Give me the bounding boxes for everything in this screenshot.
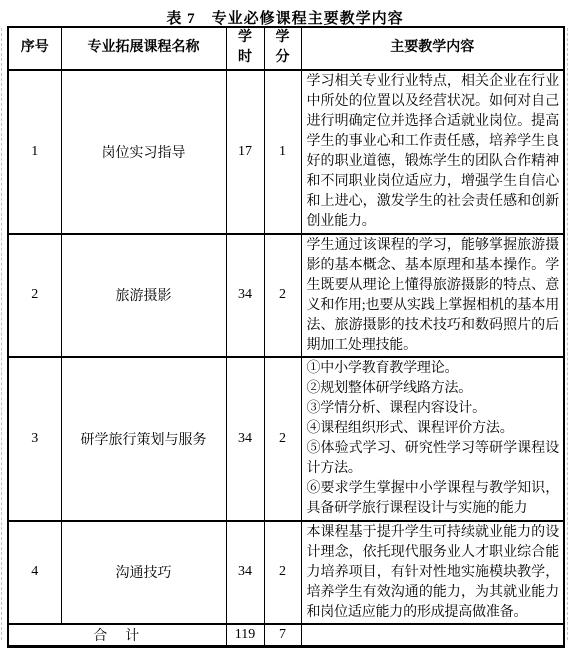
total-hours: 119 bbox=[226, 624, 264, 647]
header-row: 序号 专业拓展课程名称 学时 学分 主要教学内容 bbox=[8, 27, 564, 70]
course-credits: 2 bbox=[264, 521, 301, 624]
course-table: 序号 专业拓展课程名称 学时 学分 主要教学内容 1 岗位实习指导 17 1 学… bbox=[7, 26, 565, 648]
total-label: 合 计 bbox=[8, 624, 226, 647]
row-number: 1 bbox=[8, 70, 61, 234]
course-content: 本课程基于提升学生可持续就业能力的设计理念，依托现代服务业人才职业综合能力培养项… bbox=[301, 521, 564, 624]
row-number: 3 bbox=[8, 357, 61, 521]
row-number: 4 bbox=[8, 521, 61, 624]
col-header-no-label: 序号 bbox=[21, 40, 49, 55]
table-row: 3 研学旅行策划与服务 34 2 ①中小学教育教学理论。 ②规划整体研学线路方法… bbox=[8, 357, 564, 521]
col-header-content-label: 主要教学内容 bbox=[390, 40, 474, 55]
scan-artifact-left-edge bbox=[1, 28, 2, 640]
col-header-name: 专业拓展课程名称 bbox=[61, 27, 226, 70]
table-row: 4 沟通技巧 34 2 本课程基于提升学生可持续就业能力的设计理念，依托现代服务… bbox=[8, 521, 564, 624]
course-hours: 34 bbox=[226, 521, 264, 624]
table-row: 1 岗位实习指导 17 1 学习相关专业行业特点，相关企业在行业中所处的位置以及… bbox=[8, 70, 564, 234]
col-header-no: 序号 bbox=[8, 27, 61, 70]
course-name: 研学旅行策划与服务 bbox=[61, 357, 226, 521]
total-content bbox=[301, 624, 564, 647]
course-content: 学习相关专业行业特点，相关企业在行业中所处的位置以及经营状况。如何对自己进行明确… bbox=[301, 70, 564, 234]
row-number: 2 bbox=[8, 234, 61, 357]
col-header-credits-label: 学分 bbox=[275, 28, 290, 69]
table-row: 2 旅游摄影 34 2 学生通过该课程的学习，能够掌握旅游摄影的基本概念、基本原… bbox=[8, 234, 564, 357]
course-content: 学生通过该课程的学习，能够掌握旅游摄影的基本概念、基本原理和基本操作。学生既要从… bbox=[301, 234, 564, 357]
course-credits: 2 bbox=[264, 234, 301, 357]
col-header-content: 主要教学内容 bbox=[301, 27, 564, 70]
course-credits: 1 bbox=[264, 70, 301, 234]
col-header-name-label: 专业拓展课程名称 bbox=[88, 40, 200, 55]
course-content: ①中小学教育教学理论。 ②规划整体研学线路方法。 ③学情分析、课程内容设计。 ④… bbox=[301, 357, 564, 521]
col-header-hours: 学时 bbox=[226, 27, 264, 70]
scan-artifact-right-edge bbox=[567, 28, 568, 640]
course-credits: 2 bbox=[264, 357, 301, 521]
col-header-hours-label: 学时 bbox=[237, 28, 252, 69]
course-name: 沟通技巧 bbox=[61, 521, 226, 624]
col-header-credits: 学分 bbox=[264, 27, 301, 70]
course-name: 旅游摄影 bbox=[61, 234, 226, 357]
table-caption: 表 7 专业必修课程主要教学内容 bbox=[0, 0, 570, 26]
course-hours: 34 bbox=[226, 234, 264, 357]
course-hours: 34 bbox=[226, 357, 264, 521]
course-hours: 17 bbox=[226, 70, 264, 234]
document-page: 表 7 专业必修课程主要教学内容 序号 专业拓展课程名称 学时 学分 主要教学内… bbox=[0, 0, 570, 650]
total-credits: 7 bbox=[264, 624, 301, 647]
total-row: 合 计 119 7 bbox=[8, 624, 564, 647]
course-name: 岗位实习指导 bbox=[61, 70, 226, 234]
